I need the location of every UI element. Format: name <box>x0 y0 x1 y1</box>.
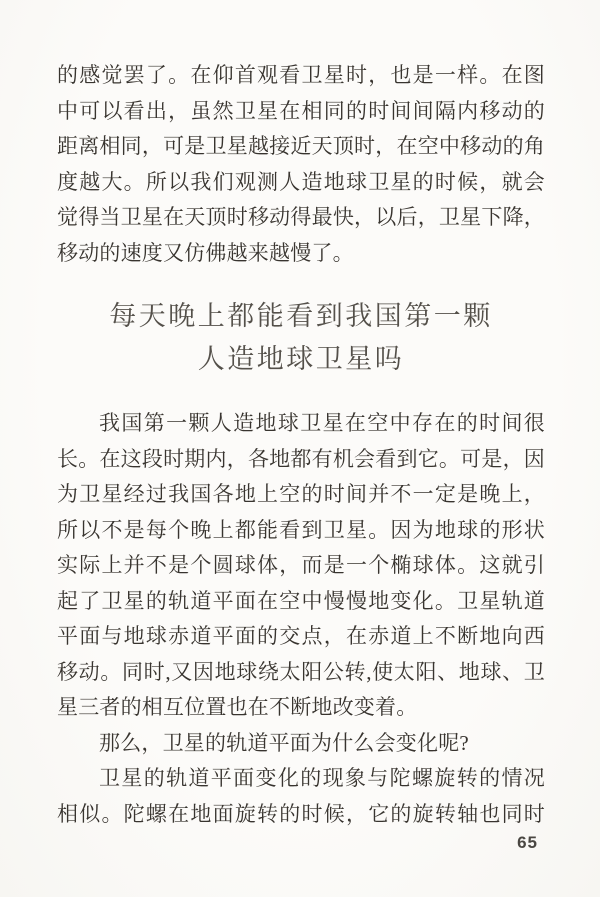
text-line: 觉得当卫星在天顶时移动得最快，以后，卫星下降， <box>57 200 545 236</box>
text-line: 中可以看出，虽然卫星在相同的时间间隔内移动的 <box>57 94 545 130</box>
text-line: 卫星的轨道平面变化的现象与陀螺旋转的情况 <box>57 761 545 797</box>
text-line: 长。在这段时期内，各地都有机会看到它。可是，因 <box>57 442 545 478</box>
text-line: 起了卫星的轨道平面在空中慢慢地变化。卫星轨道 <box>57 584 545 620</box>
text-line: 移动的速度又仿佛越来越慢了。 <box>57 236 545 272</box>
section-title: 每天晚上都能看到我国第一颗 人造地球卫星吗 <box>57 295 545 381</box>
section-title-line: 每天晚上都能看到我国第一颗 <box>57 295 545 338</box>
text-line: 我国第一颗人造地球卫星在空中存在的时间很 <box>57 406 545 442</box>
text-line: 的感觉罢了。在仰首观看卫星时，也是一样。在图 <box>57 58 545 94</box>
text-line: 度越大。所以我们观测人造地球卫星的时候，就会 <box>57 165 545 201</box>
text-line: 所以不是每个晚上都能看到卫星。因为地球的形状 <box>57 513 545 549</box>
text-line: 那么，卫星的轨道平面为什么会变化呢? <box>57 726 545 762</box>
text-line: 为卫星经过我国各地上空的时间并不一定是晚上， <box>57 477 545 513</box>
text-line: 距离相同，可是卫星越接近天顶时，在空中移动的角 <box>57 129 545 165</box>
book-page: 的感觉罢了。在仰首观看卫星时，也是一样。在图 中可以看出，虽然卫星在相同的时间间… <box>0 0 600 897</box>
text-line: 实际上并不是个圆球体，而是一个椭球体。这就引 <box>57 548 545 584</box>
text-line: 平面与地球赤道平面的交点，在赤道上不断地向西 <box>57 619 545 655</box>
paragraph: 卫星的轨道平面变化的现象与陀螺旋转的情况 相似。陀螺在地面旋转的时候，它的旋转轴… <box>57 761 545 832</box>
paragraph: 那么，卫星的轨道平面为什么会变化呢? <box>57 726 545 762</box>
text-line: 移动。同时,又因地球绕太阳公转,使太阳、地球、卫 <box>57 655 545 691</box>
page-number: 65 <box>517 833 538 853</box>
paragraph-continuation: 的感觉罢了。在仰首观看卫星时，也是一样。在图 中可以看出，虽然卫星在相同的时间间… <box>57 58 545 271</box>
text-line: 星三者的相互位置也在不断地改变着。 <box>57 690 545 726</box>
section-title-line: 人造地球卫星吗 <box>57 338 545 381</box>
text-line: 相似。陀螺在地面旋转的时候，它的旋转轴也同时 <box>57 797 545 833</box>
paragraph: 我国第一颗人造地球卫星在空中存在的时间很 长。在这段时期内，各地都有机会看到它。… <box>57 406 545 726</box>
text-column: 的感觉罢了。在仰首观看卫星时，也是一样。在图 中可以看出，虽然卫星在相同的时间间… <box>57 58 545 832</box>
